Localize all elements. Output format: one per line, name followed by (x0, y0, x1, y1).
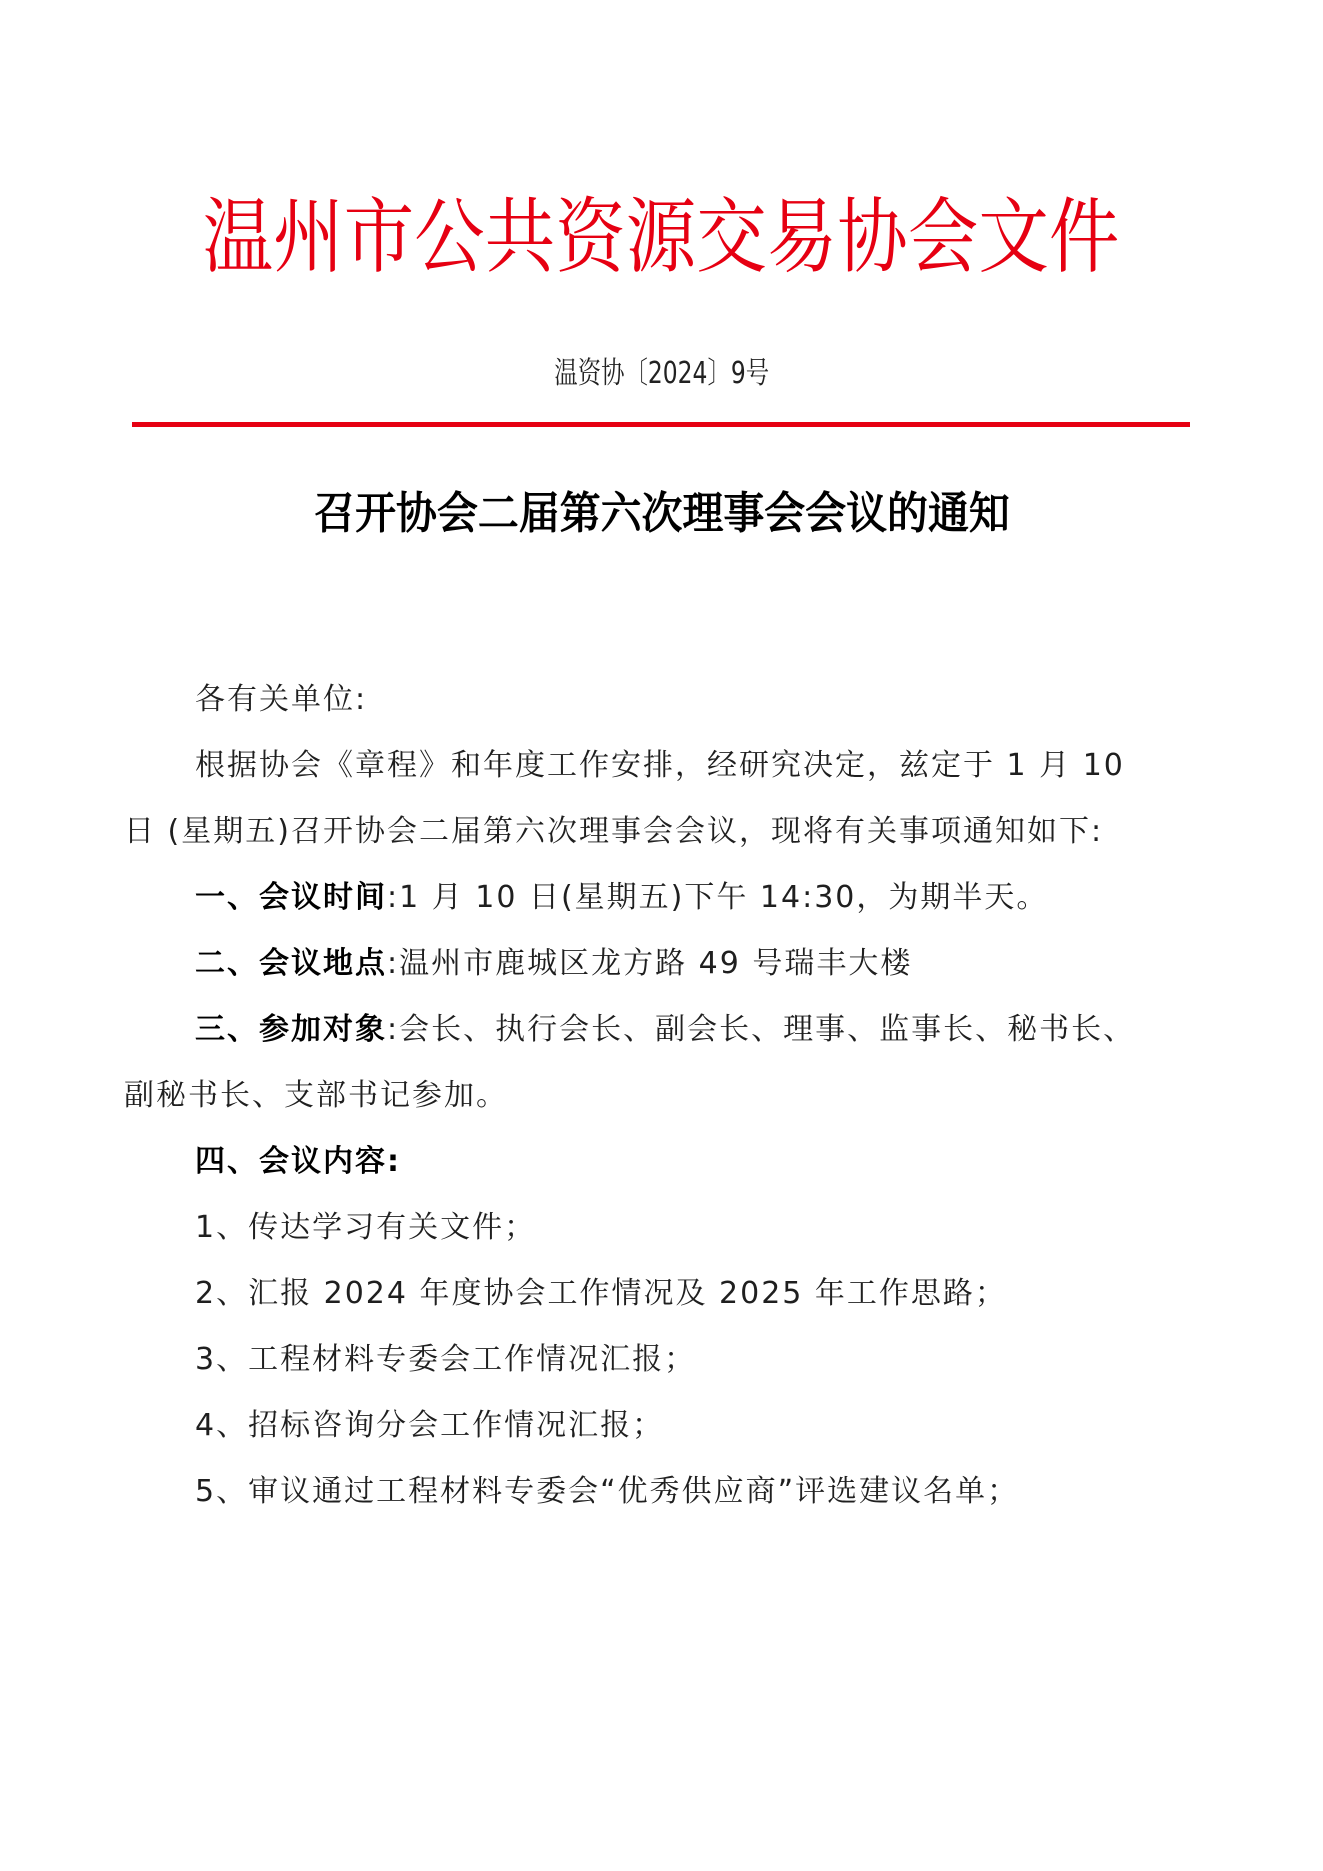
notice-title: 召开协会二届第六次理事会会议的通知 (0, 482, 1323, 546)
agenda-item: 5、审议通过工程材料专委会“优秀供应商”评选建议名单； (195, 1470, 1019, 1514)
document-number-text: 温资协〔2024〕9号 (554, 352, 769, 396)
section-label: 二、会议地点 (195, 946, 387, 981)
section-meeting-content: 四、会议内容: (195, 1140, 401, 1184)
section-label: 三、参加对象 (195, 1012, 387, 1047)
section-continuation-text: 副秘书长、支部书记参加。 (124, 1074, 508, 1118)
section-meeting-time: 一、会议时间:1 月 10 日(星期五)下午 14:30，为期半天。 (195, 876, 1048, 920)
agenda-item: 4、招标咨询分会工作情况汇报； (195, 1404, 664, 1448)
agenda-item: 2、汇报 2024 年度协会工作情况及 2025 年工作思路； (195, 1272, 1007, 1316)
agenda-item-text: 1、传达学习有关文件； (195, 1206, 536, 1250)
section-label: 一、会议时间 (195, 880, 387, 915)
section-meeting-location: 二、会议地点:温州市鹿城区龙方路 49 号瑞丰大楼 (195, 942, 912, 986)
section-text: :温州市鹿城区龙方路 49 号瑞丰大楼 (387, 946, 912, 981)
section-text: :会长、执行会长、副会长、理事、监事长、秘书长、 (387, 1012, 1135, 1047)
red-divider-rule (132, 422, 1190, 427)
salutation: 各有关单位: (195, 678, 367, 722)
intro-line-1-text: 根据协会《章程》和年度工作安排，经研究决定，兹定于 1 月 10 (195, 744, 1125, 788)
document-page: 温州市公共资源交易协会文件 温资协〔2024〕9号 召开协会二届第六次理事会会议… (0, 0, 1323, 1871)
agenda-item-text: 4、招标咨询分会工作情况汇报； (195, 1404, 664, 1448)
header-title-text: 温州市公共资源交易协会文件 (203, 188, 1120, 288)
agenda-item-text: 3、工程材料专委会工作情况汇报； (195, 1338, 696, 1382)
notice-title-text: 召开协会二届第六次理事会会议的通知 (314, 482, 1010, 546)
agenda-item: 1、传达学习有关文件； (195, 1206, 536, 1250)
intro-line-2-text: 日 (星期五)召开协会二届第六次理事会会议，现将有关事项通知如下: (124, 810, 1103, 854)
section-participants: 三、参加对象:会长、执行会长、副会长、理事、监事长、秘书长、 (195, 1008, 1135, 1052)
document-number: 温资协〔2024〕9号 (0, 352, 1323, 396)
salutation-text: 各有关单位: (195, 678, 367, 722)
section-participants-continuation: 副秘书长、支部书记参加。 (124, 1074, 508, 1118)
section-label: 四、会议内容: (195, 1144, 401, 1179)
section-text: :1 月 10 日(星期五)下午 14:30，为期半天。 (387, 880, 1048, 915)
intro-line-1: 根据协会《章程》和年度工作安排，经研究决定，兹定于 1 月 10 (195, 744, 1125, 788)
agenda-item-text: 5、审议通过工程材料专委会“优秀供应商”评选建议名单； (195, 1470, 1019, 1514)
agenda-item: 3、工程材料专委会工作情况汇报； (195, 1338, 696, 1382)
agenda-item-text: 2、汇报 2024 年度协会工作情况及 2025 年工作思路； (195, 1272, 1007, 1316)
intro-line-2: 日 (星期五)召开协会二届第六次理事会会议，现将有关事项通知如下: (124, 810, 1103, 854)
document-header-title: 温州市公共资源交易协会文件 (0, 188, 1323, 288)
